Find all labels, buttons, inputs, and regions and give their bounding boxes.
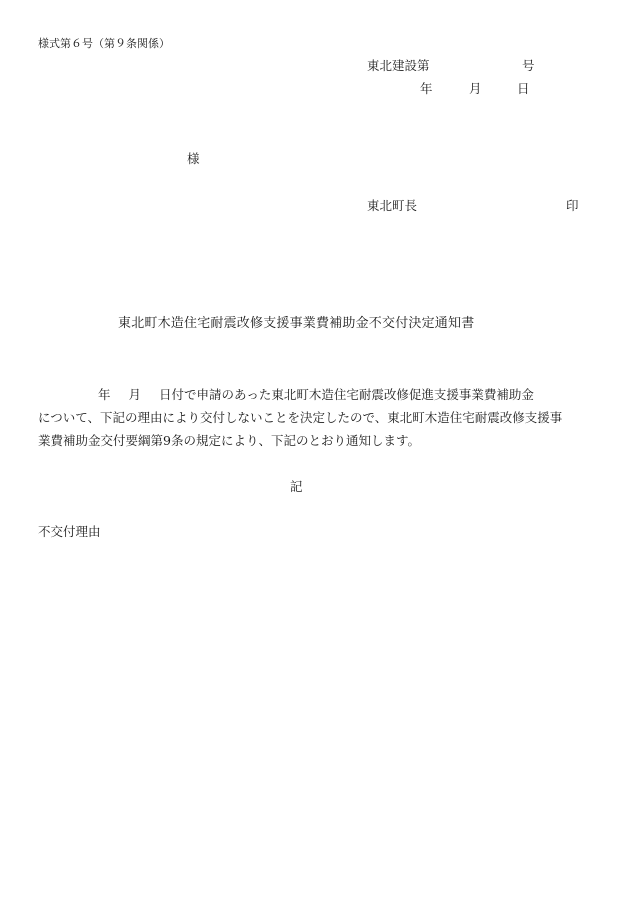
body-line-1-text: 日付で申請のあった東北町木造住宅耐震改修促進支援事業費補助金 bbox=[159, 387, 534, 402]
body-line-3: 業費補助金交付要綱第9条の規定により、下記のとおり通知します。 bbox=[38, 429, 578, 452]
seal-mark: 印 bbox=[566, 200, 579, 213]
date-day: 日 bbox=[517, 83, 530, 96]
notes-heading: 記 bbox=[290, 481, 303, 494]
date-year: 年 bbox=[420, 83, 433, 96]
body-date-month: 月 bbox=[129, 387, 142, 402]
document-title: 東北町木造住宅耐震改修支援事業費補助金不交付決定通知書 bbox=[118, 317, 474, 330]
body-paragraph: 年月日付で申請のあった東北町木造住宅耐震改修促進支援事業費補助金 について、下記… bbox=[38, 383, 578, 452]
body-date-year: 年 bbox=[98, 387, 111, 402]
sender-name: 東北町長 bbox=[367, 200, 417, 213]
doc-number-prefix: 東北建設第 bbox=[367, 60, 430, 73]
body-line-1: 年月日付で申請のあった東北町木造住宅耐震改修促進支援事業費補助金 bbox=[38, 383, 578, 406]
doc-number-suffix: 号 bbox=[522, 60, 535, 73]
addressee-honorific: 様 bbox=[187, 153, 200, 166]
form-label: 様式第６号（第９条関係） bbox=[38, 38, 170, 49]
reason-label: 不交付理由 bbox=[38, 526, 101, 539]
body-line-2: について、下記の理由により交付しないことを決定したので、東北町木造住宅耐震改修支… bbox=[38, 406, 578, 429]
date-month: 月 bbox=[469, 83, 482, 96]
